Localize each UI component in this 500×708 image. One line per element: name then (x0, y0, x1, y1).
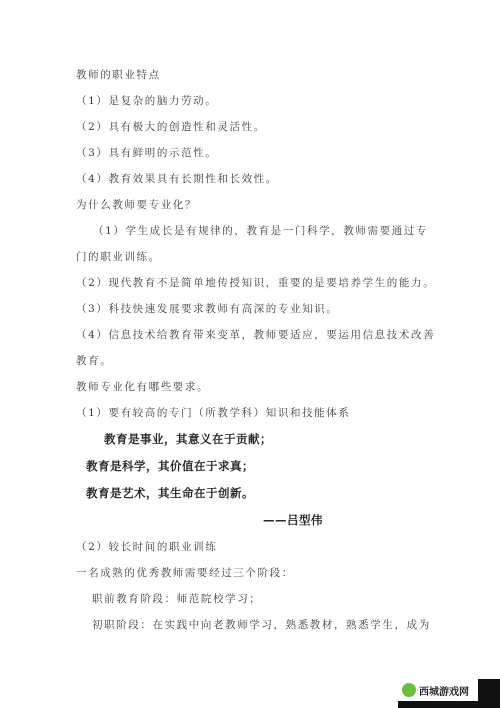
text-line: 一名成熟的优秀教师需要经过三个阶段： (76, 565, 294, 580)
text-line: 教育。 (76, 353, 112, 368)
quote-attribution: ——吕型伟 (263, 512, 323, 528)
quote-line: 教育是事业，其意义在于贡献； (104, 431, 272, 447)
text-line: （2）具有极大的创造性和灵活性。 (76, 119, 266, 134)
text-line: （3）具有鲜明的示范性。 (76, 145, 217, 160)
text-line: （4）教育效果具有长期性和长效性。 (76, 171, 278, 186)
watermark-logo-icon (402, 683, 416, 697)
text-line: （3）科技快速发展要求教师有高深的专业知识。 (76, 301, 338, 316)
text-line: （2）现代教育不是简单地传授知识，重要的是要培养学生的能力。 (76, 275, 435, 290)
text-line: 职前教育阶段：师范院校学习； (92, 591, 261, 606)
quote-line: 教育是艺术，其生命在于创新。 (86, 485, 254, 501)
watermark: 西城游戏网 (398, 679, 500, 708)
watermark-text: 西城游戏网 (419, 683, 469, 698)
text-line: 初职阶段：在实践中向老教师学习，熟悉教材，熟悉学生，成为 (92, 617, 431, 632)
text-line: 为什么教师要专业化？ (76, 197, 197, 212)
text-line: 门的职业训练。 (76, 249, 161, 264)
quote-line: 教育是科学，其价值在于求真； (86, 458, 254, 474)
text-line: （4）信息技术给教育带来变革，教师要适应，要运用信息技术改善 (76, 327, 435, 342)
text-line: （2）较长时间的职业训练 (76, 539, 217, 554)
text-line: （1）是复杂的脑力劳动。 (76, 93, 217, 108)
text-line: （1）要有较高的专门（所教学科）知识和技能体系 (76, 405, 350, 420)
text-line: 教师的职业特点 (76, 67, 161, 82)
text-line: （1）学生成长是有规律的，教育是一门科学，教师需要通过专 (93, 223, 428, 238)
text-line: 教师专业化有哪些要求。 (76, 379, 209, 394)
